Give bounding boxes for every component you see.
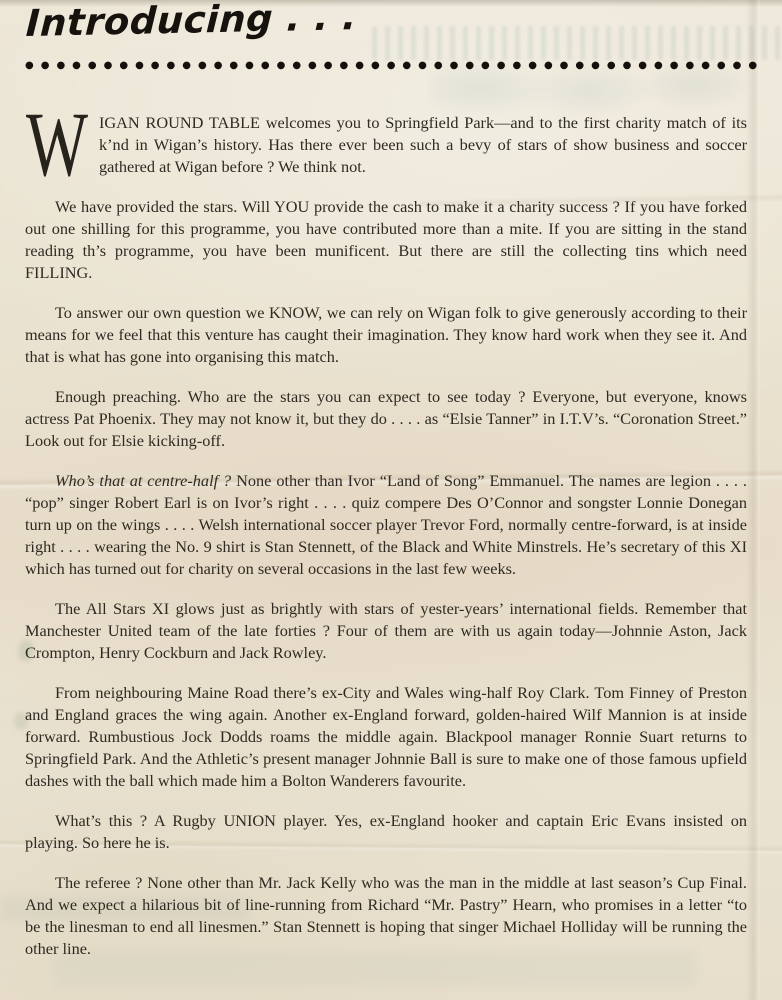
paragraph-text: Enough preaching. Who are the stars you … — [25, 387, 747, 450]
paragraph-text: What’s this ? A Rugby UNION player. Yes,… — [25, 811, 747, 852]
paragraph: We have provided the stars. Will YOU pro… — [25, 196, 747, 284]
paragraph-text: IGAN ROUND TABLE welcomes you to Springf… — [99, 113, 747, 176]
page-title: Introducing . . . — [25, 0, 358, 45]
paragraph-lead-italic: Who’s that at centre-half ? — [55, 471, 231, 490]
paragraph: What’s this ? A Rugby UNION player. Yes,… — [25, 810, 747, 854]
paragraph: The All Stars XI glows just as brightly … — [25, 598, 747, 664]
paragraph: Who’s that at centre-half ? None other t… — [25, 470, 747, 580]
paragraph-text: We have provided the stars. Will YOU pro… — [25, 197, 747, 282]
svg-text:W: W — [26, 114, 88, 178]
paragraph: Enough preaching. Who are the stars you … — [25, 386, 747, 452]
paragraph-text: The All Stars XI glows just as brightly … — [25, 599, 747, 662]
programme-page: Introducing . . . ●●●●●●●●●●●●●●●●●●●●●●… — [0, 0, 782, 1000]
article-body: W IGAN ROUND TABLE welcomes you to Sprin… — [25, 112, 747, 978]
paragraph-text: To answer our own question we KNOW, we c… — [25, 303, 747, 366]
drop-cap: W — [25, 114, 89, 178]
paragraph: From neighbouring Maine Road there’s ex-… — [25, 682, 747, 792]
paragraph-text: The referee ? None other than Mr. Jack K… — [25, 873, 747, 958]
dotted-separator: ●●●●●●●●●●●●●●●●●●●●●●●●●●●●●●●●●●●●●●●●… — [25, 58, 758, 74]
show-through-band — [372, 26, 782, 60]
paragraph: To answer our own question we KNOW, we c… — [25, 302, 747, 368]
paragraph-text: From neighbouring Maine Road there’s ex-… — [25, 683, 747, 790]
paragraph-opening: W IGAN ROUND TABLE welcomes you to Sprin… — [25, 112, 747, 178]
paper-fold — [746, 0, 760, 1000]
paragraph: The referee ? None other than Mr. Jack K… — [25, 872, 747, 960]
